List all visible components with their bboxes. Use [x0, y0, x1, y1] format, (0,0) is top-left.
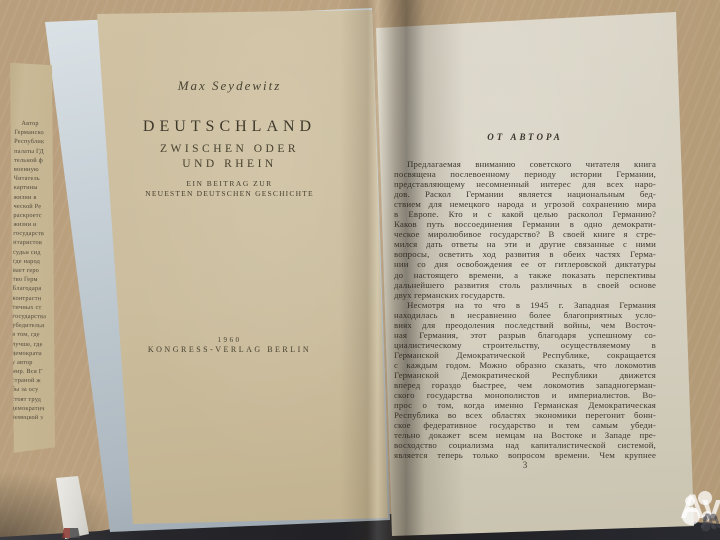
flap-text-line: бы за осу: [12, 385, 58, 395]
foreword-line: нии со дня освобождения ее от гитлеровск…: [394, 259, 656, 269]
foreword-text-column: ОТ АВТОРА Предлагаемая вниманию советско…: [394, 0, 656, 540]
foreword-line: циалистическому строительству, осуществл…: [394, 340, 656, 350]
foreword-line: Германской Демократической Республике, с…: [394, 350, 656, 360]
foreword-line: является теперь только вопросом времени.…: [394, 450, 656, 460]
flap-text-line: тельной ф: [14, 156, 60, 166]
foreword-heading: ОТ АВТОРА: [394, 132, 656, 142]
foreword-line: вопросы, осветить ход развития в обеих ч…: [394, 249, 656, 259]
foreword-line: дов. Раскол Германии является национальн…: [394, 189, 656, 199]
flap-text-fragment: АвторГерманскоРеспубликпалаты ГДтельной …: [11, 119, 60, 423]
flap-text-line: судьи сид: [13, 247, 59, 257]
foreword-line: Германской Демократической Республики дв…: [394, 370, 656, 380]
avito-watermark-secondary: Avito: [700, 512, 720, 532]
foreword-line: ствием для немецкого народа и угрозой со…: [394, 199, 656, 209]
flap-text-line: Автор: [14, 119, 60, 129]
flap-text-line: контрастн: [13, 293, 59, 303]
flap-text-line: тичных ст: [12, 303, 58, 313]
foreword-line: виях для преодоления последствий войны, …: [394, 320, 656, 330]
flap-text-line: картины: [14, 183, 60, 193]
book-title: DEUTSCHLAND: [102, 118, 357, 136]
book-subtitle-line1: ZWISCHEN ODER: [102, 143, 357, 155]
publication-year: 1960: [102, 336, 357, 344]
foreword-line: двух германских государств.: [394, 290, 656, 300]
foreword-line: прос о том, когда именно Германская Демо…: [394, 400, 656, 410]
author-name: Max Seydewitz: [102, 78, 357, 94]
flap-text-line: тво Герм: [13, 275, 59, 285]
foreword-line: представляющему несомненный интерес для …: [394, 179, 656, 189]
flap-text-line: государств: [13, 229, 59, 239]
foreword-line: Несмотря на то что в 1945 г. Западная Ге…: [394, 300, 656, 310]
flap-text-line: страной ж: [12, 376, 58, 386]
flap-text-line: итаристов: [13, 238, 59, 248]
flap-text-line: жизни и: [13, 220, 59, 230]
flap-text-line: лучше, где: [12, 339, 58, 349]
publisher-name: KONGRESS-VERLAG BERLIN: [102, 345, 357, 354]
flap-text-line: Германско: [14, 128, 60, 138]
flap-text-line: у автор: [12, 358, 58, 368]
bookmark-tip: [62, 528, 80, 538]
foreword-line: Каков путь воссоединения Германии в одно…: [394, 219, 656, 229]
foreword-body: Предлагаемая вниманию советского читател…: [394, 159, 656, 460]
foreword-line: посвящена послевоенному периоду истории …: [394, 169, 656, 179]
foreword-line: ная Германия, этот разрыв благодаря успе…: [394, 330, 656, 340]
flap-text-line: жизни в: [14, 192, 60, 202]
flap-text-line: палаты ГД: [14, 146, 60, 156]
flap-text-line: немецкой з: [11, 413, 57, 423]
foreword-line: находилась в несравненно более благоприя…: [394, 310, 656, 320]
foreword-line: ского государства монополистов и империа…: [394, 390, 656, 400]
foreword-line: в Европе. Кто и с какой целью расколол Г…: [394, 209, 656, 219]
flap-text-line: раскроетс: [13, 211, 59, 221]
foreword-line: Республика во всех областях экономики пе…: [394, 410, 656, 420]
flap-text-line: демократич: [11, 404, 57, 414]
flap-text-line: Республик: [14, 137, 60, 147]
flap-text-line: в том, где: [12, 330, 58, 340]
title-page: Max Seydewitz DEUTSCHLAND ZWISCHEN ODER …: [90, 0, 400, 540]
title-page-text: Max Seydewitz DEUTSCHLAND ZWISCHEN ODER …: [102, 0, 357, 540]
flap-text-line: стоят труд: [11, 394, 57, 404]
foreword-line: дальнейшего развития столь различных в с…: [394, 280, 656, 290]
flap-text-line: убедительн: [12, 321, 58, 331]
jacket-flap-page: АвторГерманскоРеспубликпалаты ГДтельной …: [0, 55, 64, 458]
foreword-line: мился дать ответы на эти и другие связан…: [394, 239, 656, 249]
avito-watermark-text-secondary: Avito: [700, 510, 720, 534]
flap-text-line: мир. Вся Г: [12, 367, 58, 377]
flap-text-line: Читатель: [14, 174, 60, 184]
page-number: 3: [394, 460, 656, 470]
book-subtitle-line2: UND RHEIN: [102, 158, 357, 170]
foreword-line: ческое миролюбивое государство? В своей …: [394, 229, 656, 239]
flap-text-line: ческой Ре: [13, 202, 59, 212]
foreword-line: до настоящего времени, а также показать …: [394, 270, 656, 280]
foreword-line: Предлагаемая вниманию советского читател…: [394, 159, 656, 169]
foreword-line: тельно докажет всем немцам на Востоке и …: [394, 430, 656, 440]
book-photo: Max Seydewitz DEUTSCHLAND ZWISCHEN ODER …: [0, 0, 720, 540]
foreword-line: вперед гораздо быстрее, чем локомотив за…: [394, 380, 656, 390]
flap-text-line: государства: [12, 312, 58, 322]
foreword-line: восходство социализма над капиталистичес…: [394, 440, 656, 450]
flap-text-line: где народ: [13, 257, 59, 267]
foreword-line: ское федеративное государство и тем самы…: [394, 420, 656, 430]
foreword-page: ОТ АВТОРА Предлагаемая вниманию советско…: [370, 0, 700, 540]
foreword-line: с каждым годом. Можно образно сказать, ч…: [394, 360, 656, 370]
flap-text-line: вает геро: [13, 266, 59, 276]
book-tagline-line1: EIN BEITRAG ZUR: [102, 179, 357, 188]
flap-text-line: демократи: [12, 348, 58, 358]
flap-text-line: Благодаря: [13, 284, 59, 294]
book-tagline-line2: NEUESTEN DEUTSCHEN GESCHICHTE: [102, 189, 357, 198]
flap-text-line: военную: [14, 165, 60, 175]
